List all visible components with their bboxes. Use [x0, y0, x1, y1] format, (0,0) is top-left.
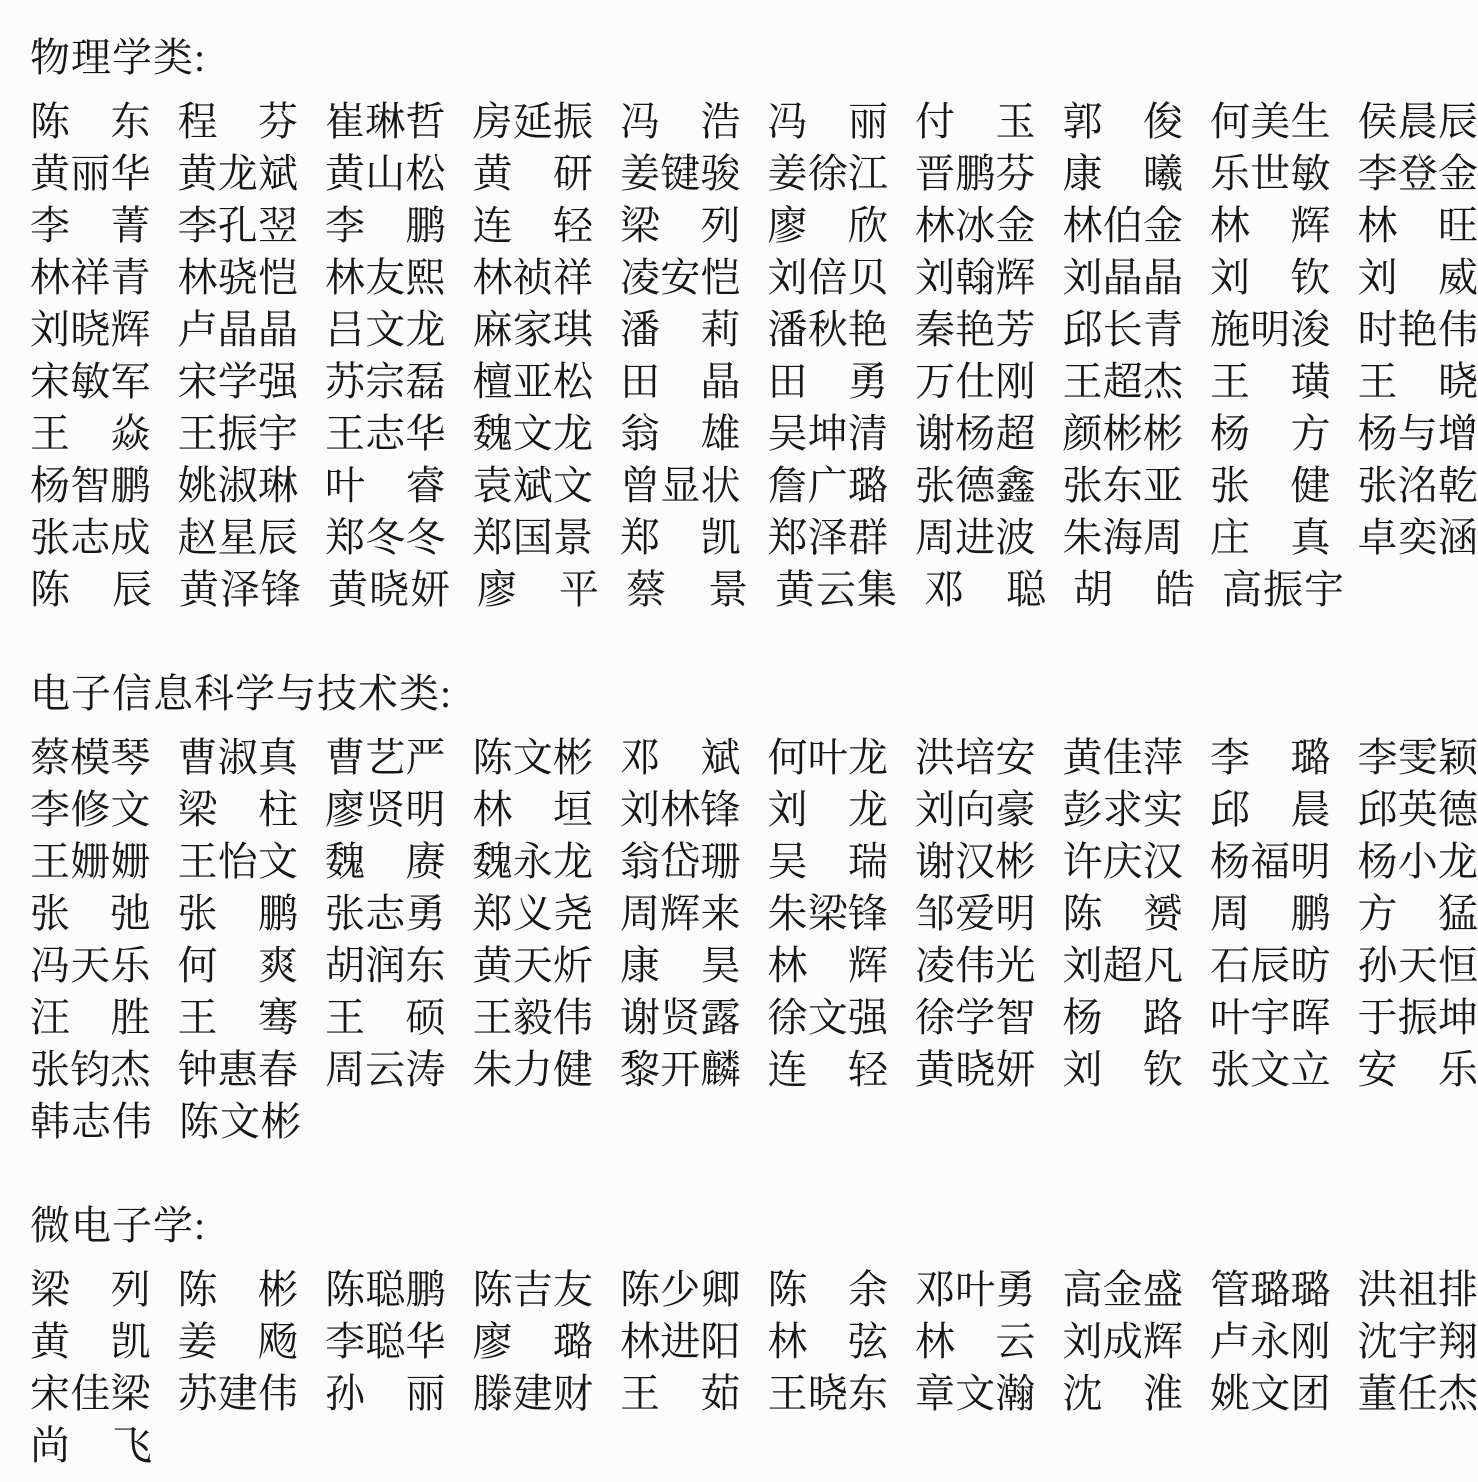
name-cell: 廖贤明: [325, 778, 446, 835]
section-rows: 梁列陈彬陈聪鹏陈吉友陈少卿陈余邓叶勇高金盛管璐璐洪祖排黄凯姜飏李聪华廖璐林进阳林…: [30, 1260, 1478, 1468]
name-cell: 章文瀚: [915, 1362, 1036, 1419]
name-cell: 梁列: [30, 1258, 151, 1315]
name-cell: 方猛: [1358, 882, 1478, 939]
name-cell: 高金盛: [1063, 1258, 1184, 1315]
name-cell: 程芬: [178, 90, 299, 147]
name-cell: 颜彬彬: [1063, 402, 1184, 459]
name-cell: 黄天炘: [473, 934, 594, 991]
name-cell: 徐学智: [915, 986, 1036, 1043]
name-cell: 尚飞: [30, 1414, 152, 1471]
name-cell: 张鹏: [178, 882, 299, 939]
name-cell: 宋学强: [178, 350, 299, 407]
name-cell: 黄晓妍: [915, 1038, 1036, 1095]
name-cell: 康曦: [1063, 142, 1184, 199]
name-cell: 陈东: [30, 90, 151, 147]
name-cell: 李璐: [1210, 726, 1331, 783]
name-cell: 周鹏: [1210, 882, 1331, 939]
name-cell: 沈淮: [1063, 1362, 1184, 1419]
name-cell: 凌伟光: [915, 934, 1036, 991]
name-cell: 于振坤: [1358, 986, 1478, 1043]
name-cell: 姚淑琳: [178, 454, 299, 511]
name-cell: 潘莉: [620, 298, 741, 355]
name-cell: 刘倍贝: [768, 246, 889, 303]
name-cell: 黄凯: [30, 1310, 151, 1367]
name-cell: 胡润东: [325, 934, 446, 991]
name-cell: 梁列: [620, 194, 741, 251]
name-cell: 魏文龙: [473, 402, 594, 459]
name-cell: 徐文强: [768, 986, 889, 1043]
name-cell: 姜飏: [178, 1310, 299, 1367]
name-cell: 杨智鹏: [30, 454, 151, 511]
name-cell: 蔡模琴: [30, 726, 151, 783]
name-cell: 郑冬冬: [325, 506, 446, 563]
name-cell: 卢永刚: [1210, 1310, 1331, 1367]
name-cell: 叶睿: [325, 454, 446, 511]
name-cell: 王姗姗: [30, 830, 151, 887]
name-cell: 梁柱: [178, 778, 299, 835]
name-cell: 林祥青: [30, 246, 151, 303]
name-cell: 沈宇翔: [1358, 1310, 1478, 1367]
name-cell: 苏建伟: [178, 1362, 299, 1419]
name-cell: 潘秋艳: [768, 298, 889, 355]
name-cell: 张德鑫: [915, 454, 1036, 511]
name-cell: 郑义尧: [473, 882, 594, 939]
name-cell: 邓聪: [924, 558, 1046, 615]
name-cell: 庄真: [1210, 506, 1331, 563]
name-cell: 刘钦: [1063, 1038, 1184, 1095]
name-cell: 杨路: [1063, 986, 1184, 1043]
name-cell: 苏宗磊: [325, 350, 446, 407]
name-cell: 张弛: [30, 882, 151, 939]
name-cell: 姜徐江: [768, 142, 889, 199]
name-cell: 何美生: [1210, 90, 1331, 147]
name-cell: 陈聪鹏: [325, 1258, 446, 1315]
name-cell: 林骁恺: [178, 246, 299, 303]
name-cell: 李登金: [1358, 142, 1478, 199]
name-cell: 曹艺严: [325, 726, 446, 783]
name-cell: 陈文彬: [473, 726, 594, 783]
name-cell: 王璜: [1210, 350, 1331, 407]
name-cell: 康昊: [620, 934, 741, 991]
name-cell: 宋敏军: [30, 350, 151, 407]
name-cell: 廖平: [477, 558, 599, 615]
name-cell: 林弦: [768, 1310, 889, 1367]
name-cell: 刘钦: [1210, 246, 1331, 303]
name-cell: 王骞: [178, 986, 299, 1043]
name-cell: 管璐璐: [1210, 1258, 1331, 1315]
name-cell: 蔡景: [626, 558, 748, 615]
name-cell: 王茹: [620, 1362, 741, 1419]
name-cell: 刘林锋: [620, 778, 741, 835]
name-cell: 杨福明: [1210, 830, 1331, 887]
name-cell: 赵星辰: [178, 506, 299, 563]
name-row: 杨智鹏姚淑琳叶睿袁斌文曾显状詹广璐张德鑫张东亚张健张洺乾: [30, 456, 1478, 508]
name-cell: 刘晓辉: [30, 298, 151, 355]
name-row: 梁列陈彬陈聪鹏陈吉友陈少卿陈余邓叶勇高金盛管璐璐洪祖排: [30, 1260, 1478, 1312]
name-list-document: 物理学类: 陈东程芬崔琳哲房延振冯浩冯丽付玉郭俊何美生侯晨辰黄丽华黄龙斌黄山松黄…: [0, 0, 1478, 1482]
name-cell: 李孔翌: [178, 194, 299, 251]
name-cell: 董任杰: [1358, 1362, 1478, 1419]
name-cell: 曾显状: [620, 454, 741, 511]
name-cell: 刘成辉: [1063, 1310, 1184, 1367]
name-row: 宋敏军宋学强苏宗磊檀亚松田晶田勇万仕刚王超杰王璜王晓: [30, 352, 1478, 404]
name-cell: 黎开麟: [620, 1038, 741, 1095]
name-cell: 周进波: [915, 506, 1036, 563]
name-cell: 李菁: [30, 194, 151, 251]
name-cell: 付玉: [915, 90, 1036, 147]
name-cell: 连轻: [768, 1038, 889, 1095]
name-cell: 魏赓: [325, 830, 446, 887]
name-cell: 刘威: [1358, 246, 1478, 303]
name-cell: 邓叶勇: [915, 1258, 1036, 1315]
name-cell: 冯丽: [768, 90, 889, 147]
name-cell: 卢晶晶: [178, 298, 299, 355]
name-cell: 张文立: [1210, 1038, 1331, 1095]
name-cell: 林辉: [1210, 194, 1331, 251]
name-cell: 陈余: [768, 1258, 889, 1315]
name-cell: 王超杰: [1063, 350, 1184, 407]
name-cell: 朱海周: [1063, 506, 1184, 563]
name-cell: 洪祖排: [1358, 1258, 1478, 1315]
name-cell: 陈赟: [1063, 882, 1184, 939]
name-cell: 李修文: [30, 778, 151, 835]
name-cell: 房延振: [473, 90, 594, 147]
name-cell: 汪胜: [30, 986, 151, 1043]
name-cell: 郑泽群: [768, 506, 889, 563]
name-cell: 乐世敏: [1210, 142, 1331, 199]
name-cell: 刘超凡: [1063, 934, 1184, 991]
section-physics: 物理学类: 陈东程芬崔琳哲房延振冯浩冯丽付玉郭俊何美生侯晨辰黄丽华黄龙斌黄山松黄…: [30, 30, 1478, 612]
name-row: 张钧杰钟惠春周云涛朱力健黎开麟连轻黄晓妍刘钦张文立安乐: [30, 1040, 1478, 1092]
name-cell: 邓斌: [620, 726, 741, 783]
name-cell: 林辉: [768, 934, 889, 991]
name-cell: 许庆汉: [1063, 830, 1184, 887]
name-row: 蔡模琴曹淑真曹艺严陈文彬邓斌何叶龙洪培安黄佳萍李璐李雯颖: [30, 728, 1478, 780]
name-cell: 姚文团: [1210, 1362, 1331, 1419]
name-row: 陈辰黄泽锋黄晓妍廖平蔡景黄云集邓聪胡皓高振宇: [30, 560, 1478, 612]
name-cell: 刘龙: [768, 778, 889, 835]
name-cell: 王晓: [1358, 350, 1478, 407]
name-row: 汪胜王骞王硕王毅伟谢贤露徐文强徐学智杨路叶宇晖于振坤: [30, 988, 1478, 1040]
name-cell: 吕文龙: [325, 298, 446, 355]
name-row: 王焱王振宇王志华魏文龙翁雄吴坤清谢杨超颜彬彬杨方杨与增: [30, 404, 1478, 456]
section-title: 物理学类:: [30, 30, 1478, 86]
name-cell: 王硕: [325, 986, 446, 1043]
name-cell: 邱英德: [1358, 778, 1478, 835]
name-row: 李菁李孔翌李鹏连轻梁列廖欣林冰金林伯金林辉林旺: [30, 196, 1478, 248]
name-cell: 刘晶晶: [1063, 246, 1184, 303]
name-cell: 詹广璐: [768, 454, 889, 511]
name-cell: 孙天恒: [1358, 934, 1478, 991]
name-cell: 陈辰: [30, 558, 152, 615]
name-cell: 林祯祥: [473, 246, 594, 303]
name-cell: 谢贤露: [620, 986, 741, 1043]
name-cell: 叶宇晖: [1210, 986, 1331, 1043]
name-row: 王姗姗王怡文魏赓魏永龙翁岱珊吴瑞谢汉彬许庆汉杨福明杨小龙: [30, 832, 1478, 884]
name-cell: 陈吉友: [473, 1258, 594, 1315]
name-cell: 魏永龙: [473, 830, 594, 887]
name-cell: 崔琳哲: [325, 90, 446, 147]
name-row: 韩志伟陈文彬: [30, 1092, 1478, 1144]
name-row: 李修文梁柱廖贤明林垣刘林锋刘龙刘向豪彭求实邱晨邱英德: [30, 780, 1478, 832]
name-cell: 檀亚松: [473, 350, 594, 407]
name-cell: 杨与增: [1358, 402, 1478, 459]
name-cell: 朱梁锋: [768, 882, 889, 939]
name-cell: 陈少卿: [620, 1258, 741, 1315]
name-cell: 连轻: [473, 194, 594, 251]
name-cell: 高振宇: [1222, 558, 1344, 615]
name-cell: 时艳伟: [1358, 298, 1478, 355]
name-cell: 张志勇: [325, 882, 446, 939]
name-cell: 林友熙: [325, 246, 446, 303]
name-cell: 邱晨: [1210, 778, 1331, 835]
name-cell: 黄云集: [775, 558, 897, 615]
name-cell: 李鹏: [325, 194, 446, 251]
name-cell: 廖欣: [768, 194, 889, 251]
name-cell: 林垣: [473, 778, 594, 835]
name-cell: 翁岱珊: [620, 830, 741, 887]
name-cell: 黄丽华: [30, 142, 151, 199]
name-cell: 田晶: [620, 350, 741, 407]
name-cell: 凌安恺: [620, 246, 741, 303]
name-cell: 刘翰辉: [915, 246, 1036, 303]
name-cell: 袁斌文: [473, 454, 594, 511]
name-cell: 王毅伟: [473, 986, 594, 1043]
section-title: 电子信息科学与技术类:: [30, 666, 1478, 722]
name-row: 宋佳梁苏建伟孙丽滕建财王茹王晓东章文瀚沈淮姚文团董任杰: [30, 1364, 1478, 1416]
name-cell: 李雯颖: [1358, 726, 1478, 783]
name-cell: 黄研: [473, 142, 594, 199]
name-cell: 郑凯: [620, 506, 741, 563]
section-rows: 蔡模琴曹淑真曹艺严陈文彬邓斌何叶龙洪培安黄佳萍李璐李雯颖李修文梁柱廖贤明林垣刘林…: [30, 728, 1478, 1144]
name-cell: 黄晓妍: [328, 558, 450, 615]
name-cell: 胡皓: [1073, 558, 1195, 615]
name-cell: 晋鹏芬: [915, 142, 1036, 199]
name-cell: 林云: [915, 1310, 1036, 1367]
name-cell: 王怡文: [178, 830, 299, 887]
name-cell: 曹淑真: [178, 726, 299, 783]
name-cell: 郑国景: [473, 506, 594, 563]
section-electronic-info: 电子信息科学与技术类: 蔡模琴曹淑真曹艺严陈文彬邓斌何叶龙洪培安黄佳萍李璐李雯颖…: [30, 666, 1478, 1144]
name-cell: 王晓东: [768, 1362, 889, 1419]
name-cell: 杨方: [1210, 402, 1331, 459]
name-cell: 何爽: [178, 934, 299, 991]
name-row: 尚飞: [30, 1416, 1478, 1468]
name-row: 刘晓辉卢晶晶吕文龙麻家琪潘莉潘秋艳秦艳芳邱长青施明浚时艳伟: [30, 300, 1478, 352]
name-cell: 邱长青: [1063, 298, 1184, 355]
name-cell: 冯天乐: [30, 934, 151, 991]
name-cell: 张东亚: [1063, 454, 1184, 511]
name-cell: 翁雄: [620, 402, 741, 459]
name-cell: 孙丽: [325, 1362, 446, 1419]
name-cell: 黄泽锋: [179, 558, 301, 615]
name-cell: 李聪华: [325, 1310, 446, 1367]
name-cell: 何叶龙: [768, 726, 889, 783]
name-cell: 冯浩: [620, 90, 741, 147]
name-cell: 朱力健: [473, 1038, 594, 1095]
name-cell: 王振宇: [178, 402, 299, 459]
name-cell: 安乐: [1358, 1038, 1478, 1095]
name-cell: 邹爱明: [915, 882, 1036, 939]
name-cell: 姜键骏: [620, 142, 741, 199]
name-cell: 吴坤清: [768, 402, 889, 459]
name-cell: 万仕刚: [915, 350, 1036, 407]
name-cell: 麻家琪: [473, 298, 594, 355]
name-cell: 张志成: [30, 506, 151, 563]
name-cell: 林伯金: [1063, 194, 1184, 251]
name-cell: 郭俊: [1063, 90, 1184, 147]
name-cell: 石辰昉: [1210, 934, 1331, 991]
name-cell: 林旺: [1358, 194, 1478, 251]
name-cell: 廖璐: [473, 1310, 594, 1367]
name-cell: 张健: [1210, 454, 1331, 511]
section-microelectronics: 微电子学: 梁列陈彬陈聪鹏陈吉友陈少卿陈余邓叶勇高金盛管璐璐洪祖排黄凯姜飏李聪华…: [30, 1198, 1478, 1468]
name-cell: 谢汉彬: [915, 830, 1036, 887]
name-cell: 宋佳梁: [30, 1362, 151, 1419]
name-cell: 张洺乾: [1358, 454, 1478, 511]
name-cell: 彭求实: [1063, 778, 1184, 835]
name-cell: 吴瑞: [768, 830, 889, 887]
name-row: 张志成赵星辰郑冬冬郑国景郑凯郑泽群周进波朱海周庄真卓奕涵: [30, 508, 1478, 560]
name-cell: 陈文彬: [179, 1090, 301, 1147]
name-cell: 钟惠春: [178, 1038, 299, 1095]
name-cell: 刘向豪: [915, 778, 1036, 835]
name-cell: 卓奕涵: [1358, 506, 1478, 563]
name-cell: 秦艳芳: [915, 298, 1036, 355]
name-cell: 滕建财: [473, 1362, 594, 1419]
name-row: 冯天乐何爽胡润东黄天炘康昊林辉凌伟光刘超凡石辰昉孙天恒: [30, 936, 1478, 988]
name-row: 黄凯姜飏李聪华廖璐林进阳林弦林云刘成辉卢永刚沈宇翔: [30, 1312, 1478, 1364]
name-cell: 王志华: [325, 402, 446, 459]
name-cell: 林进阳: [620, 1310, 741, 1367]
name-cell: 黄龙斌: [178, 142, 299, 199]
name-cell: 王焱: [30, 402, 151, 459]
name-cell: 杨小龙: [1358, 830, 1478, 887]
name-cell: 韩志伟: [30, 1090, 152, 1147]
name-cell: 谢杨超: [915, 402, 1036, 459]
name-cell: 林冰金: [915, 194, 1036, 251]
section-title: 微电子学:: [30, 1198, 1478, 1254]
name-row: 张弛张鹏张志勇郑义尧周辉来朱梁锋邹爱明陈赟周鹏方猛: [30, 884, 1478, 936]
name-cell: 周辉来: [620, 882, 741, 939]
name-cell: 侯晨辰: [1358, 90, 1478, 147]
name-cell: 黄山松: [325, 142, 446, 199]
section-rows: 陈东程芬崔琳哲房延振冯浩冯丽付玉郭俊何美生侯晨辰黄丽华黄龙斌黄山松黄研姜键骏姜徐…: [30, 92, 1478, 612]
name-cell: 洪培安: [915, 726, 1036, 783]
name-row: 林祥青林骁恺林友熙林祯祥凌安恺刘倍贝刘翰辉刘晶晶刘钦刘威: [30, 248, 1478, 300]
name-cell: 黄佳萍: [1063, 726, 1184, 783]
name-row: 陈东程芬崔琳哲房延振冯浩冯丽付玉郭俊何美生侯晨辰: [30, 92, 1478, 144]
name-cell: 田勇: [768, 350, 889, 407]
name-cell: 周云涛: [325, 1038, 446, 1095]
name-row: 黄丽华黄龙斌黄山松黄研姜键骏姜徐江晋鹏芬康曦乐世敏李登金: [30, 144, 1478, 196]
name-cell: 施明浚: [1210, 298, 1331, 355]
name-cell: 张钧杰: [30, 1038, 151, 1095]
name-cell: 陈彬: [178, 1258, 299, 1315]
